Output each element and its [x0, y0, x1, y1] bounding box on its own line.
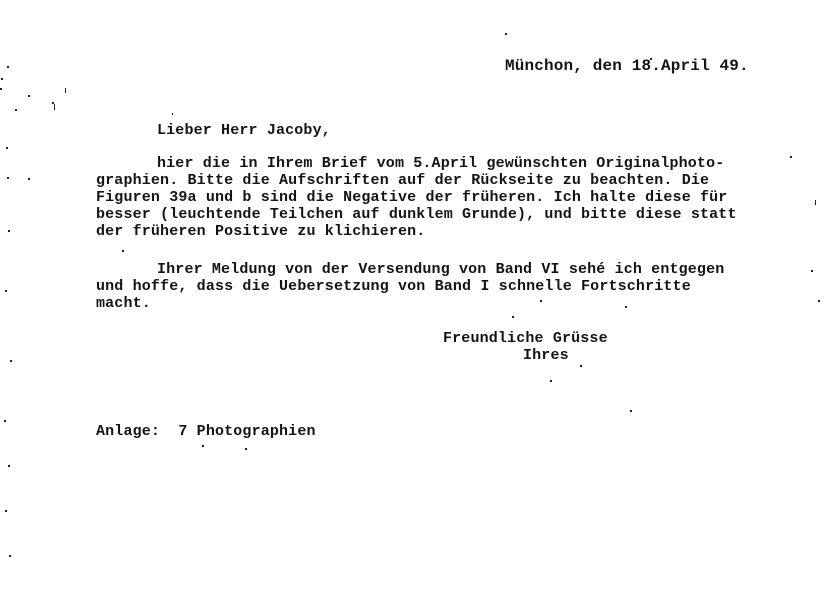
enclosure-note: Anlage: 7 Photographien — [96, 423, 316, 440]
letter-page: Münchon, den 18.April 49. Lieber Herr Ja… — [0, 0, 828, 589]
closing: Freundliche Grüsse — [443, 330, 608, 347]
paragraph-1-line: hier die in Ihrem Brief vom 5.April gewü… — [157, 155, 724, 172]
paragraph-2-line: und hoffe, dass die Uebersetzung von Ban… — [96, 278, 691, 295]
signoff: Ihres — [523, 347, 569, 364]
paragraph-2-line: macht. — [96, 295, 151, 312]
paragraph-1-line: besser (leuchtende Teilchen auf dunklem … — [96, 206, 737, 223]
paragraph-1-line: graphien. Bitte die Aufschriften auf der… — [96, 172, 709, 189]
paragraph-1-line: Figuren 39a und b sind die Negative der … — [96, 189, 727, 206]
salutation: Lieber Herr Jacoby, — [157, 122, 331, 139]
paragraph-1-line: der früheren Positive zu klichieren. — [96, 223, 425, 240]
place-date: Münchon, den 18.April 49. — [505, 58, 749, 75]
paragraph-2-line: Ihrer Meldung von der Versendung von Ban… — [157, 261, 724, 278]
